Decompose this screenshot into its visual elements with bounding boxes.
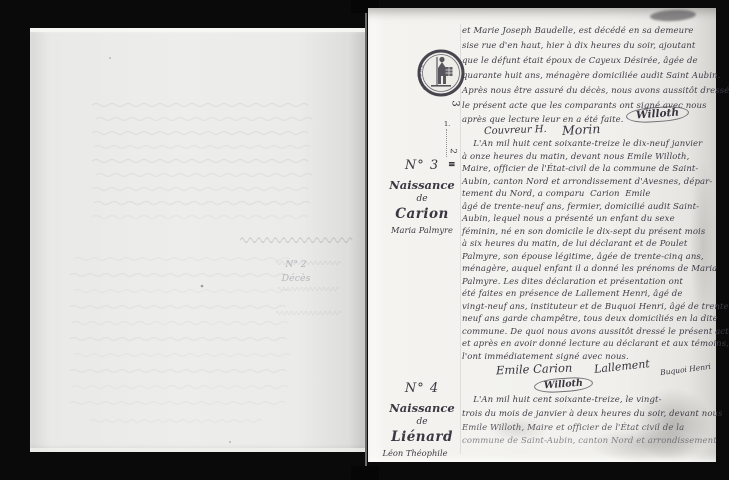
- record-line: commune. De quoi nous avons aussitôt dre…: [462, 326, 714, 339]
- witness-signature: Couvreur H.: [484, 124, 547, 137]
- record-line: Palmyre. Les dites déclaration et présen…: [462, 276, 714, 289]
- act-type: Naissance: [380, 178, 464, 192]
- act-given-names: Léon Théophile: [366, 448, 464, 458]
- record-line: féminin, né en son domicile le dix-sept …: [462, 226, 714, 239]
- witness-signature: Buquoi Henri: [660, 362, 712, 377]
- act-de: de: [380, 417, 464, 427]
- record-line: à six heures du matin, de lui déclarant …: [462, 238, 714, 251]
- act-type: Naissance: [380, 401, 464, 415]
- record-line: Palmyre, son épouse légitime, âgée de tr…: [462, 251, 714, 264]
- record-line: L'An mil huit cent soixante-treize le di…: [462, 138, 714, 151]
- faint-act-number: N° 2: [266, 260, 326, 270]
- birth-record-4-text: L'An mil huit cent soixante-treize, le v…: [462, 394, 714, 449]
- record-line: Emile Willoth, Maire et officier de l'Ét…: [462, 422, 714, 436]
- record-line: neuf ans garde champêtre, tous deux domi…: [462, 313, 714, 326]
- witness-signature: Emile Carion: [496, 361, 573, 378]
- record-line: sise rue d'en haut, hier à dix heures du…: [462, 39, 714, 54]
- act-number: N° 4: [380, 381, 464, 396]
- bleed-through-text: [30, 28, 366, 452]
- record-line: l'ont immédiatement signé avec nous.: [462, 351, 714, 364]
- birth-record-4-margin: N° 4 Naissance de Liénard Léon Théophile: [380, 381, 464, 458]
- act-surname: Liénard: [380, 429, 464, 445]
- record-line: et Marie Joseph Baudelle, est décédé en …: [462, 24, 714, 39]
- birth-record-3-margin: N° 3 Naissance de Carion Maria Palmyre: [380, 158, 464, 235]
- record-line: L'An mil huit cent soixante-treize, le v…: [462, 394, 714, 408]
- record-line: ménagère, auquel enfant il a donné les p…: [462, 263, 714, 276]
- margin-numeral-2: 2: [447, 148, 457, 154]
- act-given-names: Maria Palmyre: [380, 225, 464, 235]
- record-line: été faites en présence de Lallement Henr…: [462, 288, 714, 301]
- act-number: N° 3: [380, 158, 464, 173]
- official-signature: Willoth: [534, 376, 594, 394]
- record-line: Aubin, canton Nord et arrondissement d'A…: [462, 176, 714, 189]
- witness-signature: Morin: [562, 121, 601, 138]
- seam-notch-bottom: [351, 466, 379, 480]
- record-line: et après en avoir donné lecture au décla…: [462, 338, 714, 351]
- right-page: TIMBRE 3 1. 2 ≡ et Marie Joseph Baudelle…: [368, 8, 716, 462]
- record-line: Après nous être assuré du décès, nous av…: [462, 84, 714, 99]
- record-line: commune de Saint-Aubin, canton Nord et a…: [462, 435, 714, 449]
- timbre-revenue-stamp-icon: TIMBRE: [416, 48, 466, 98]
- page-seam: [365, 12, 367, 466]
- scan-background: N° 2 Décès TIMBRE: [0, 0, 729, 480]
- faint-margin-note: N° 2 Décès: [266, 260, 326, 284]
- act-surname: Carion: [380, 206, 464, 222]
- left-page: N° 2 Décès: [30, 28, 366, 452]
- record-line: quarante huit ans, ménagère domiciliée a…: [462, 69, 714, 84]
- faint-act-type: Décès: [266, 273, 326, 284]
- record-line: trois du mois de janvier à deux heures d…: [462, 408, 714, 422]
- act-de: de: [380, 194, 464, 204]
- record-line: que le défunt était époux de Cayeux Dési…: [462, 54, 714, 69]
- record-line: vingt-neuf ans, instituteur et de Buquoi…: [462, 301, 714, 314]
- record-line: Maire, officier de l'État-civil de la co…: [462, 163, 714, 176]
- record-line: tement du Nord, a comparu Carion Emile: [462, 188, 714, 201]
- record-line: à onze heures du matin, devant nous Emil…: [462, 151, 714, 164]
- margin-numeral-3: 3: [450, 100, 461, 107]
- ink-smudge: [650, 9, 697, 22]
- record-line: Aubin, lequel nous a présenté un enfant …: [462, 213, 714, 226]
- record-line: âgé de trente-neuf ans, fermier, domicil…: [462, 201, 714, 214]
- birth-record-3-text: L'An mil huit cent soixante-treize le di…: [462, 138, 714, 363]
- margin-numeral-1: 1.: [444, 120, 450, 128]
